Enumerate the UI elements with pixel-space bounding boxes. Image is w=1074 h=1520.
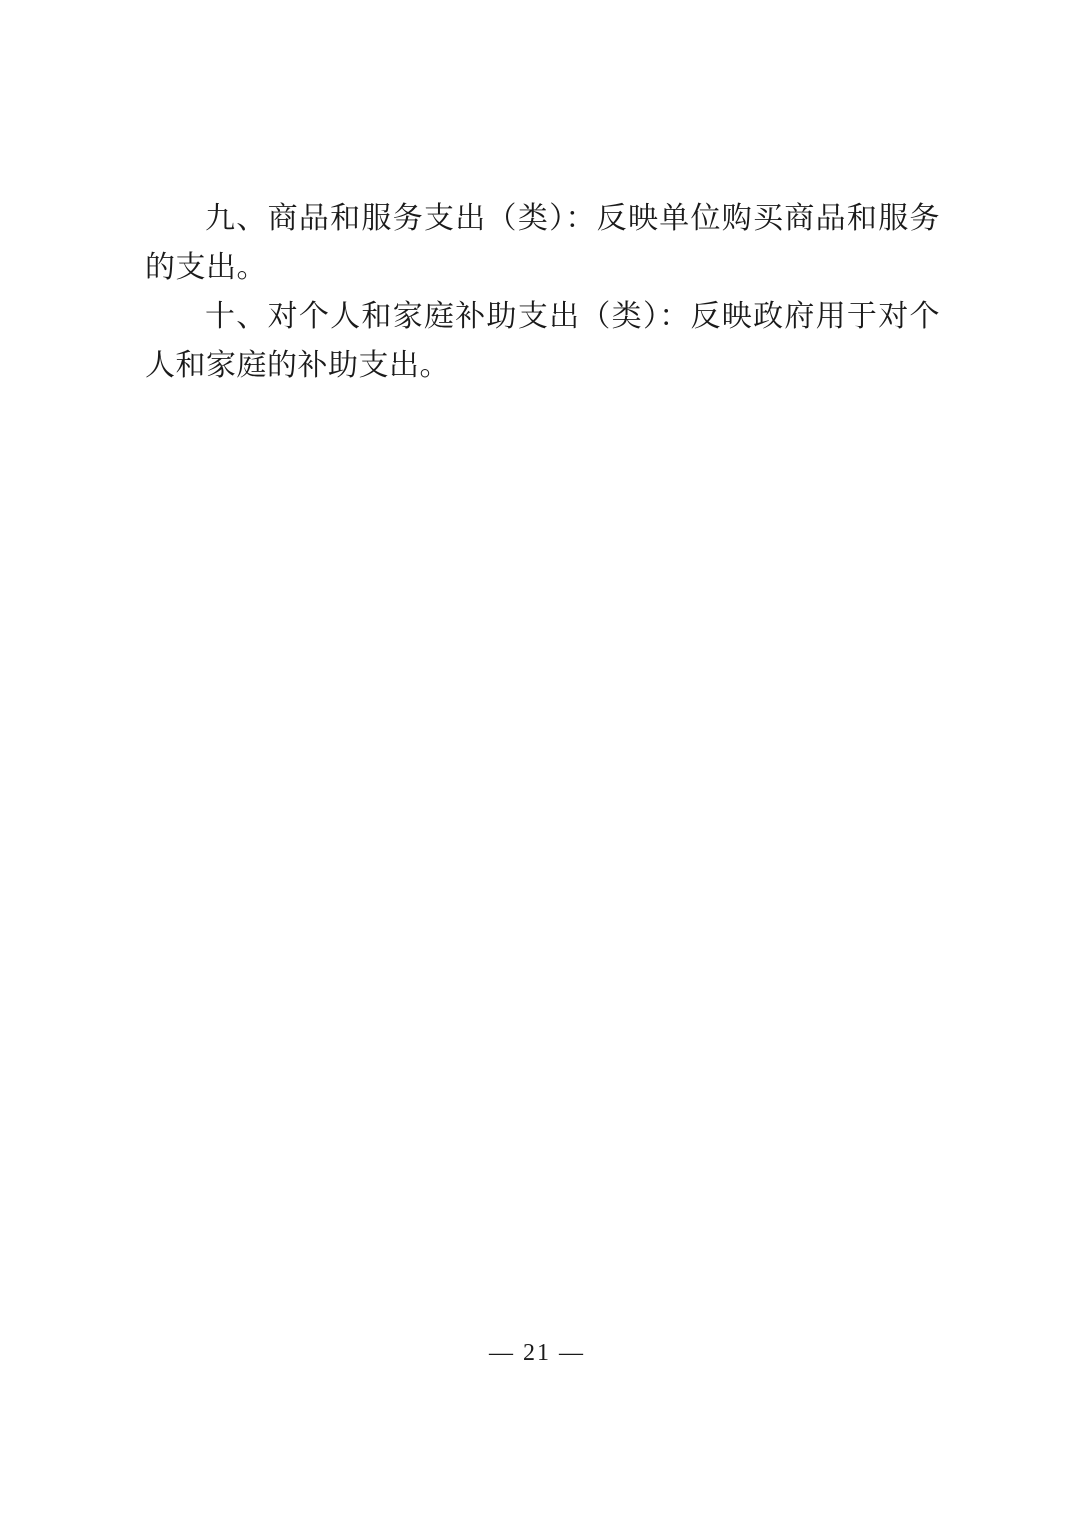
page-number: — 21 — xyxy=(0,1340,1074,1367)
document-page: 九、商品和服务支出（类）：反映单位购买商品和服务的支出。 十、对个人和家庭补助支… xyxy=(0,0,1074,1520)
paragraph-item-9: 九、商品和服务支出（类）：反映单位购买商品和服务的支出。 xyxy=(145,194,940,292)
document-body: 九、商品和服务支出（类）：反映单位购买商品和服务的支出。 十、对个人和家庭补助支… xyxy=(145,194,940,390)
paragraph-item-10: 十、对个人和家庭补助支出（类）：反映政府用于对个人和家庭的补助支出。 xyxy=(145,292,940,390)
